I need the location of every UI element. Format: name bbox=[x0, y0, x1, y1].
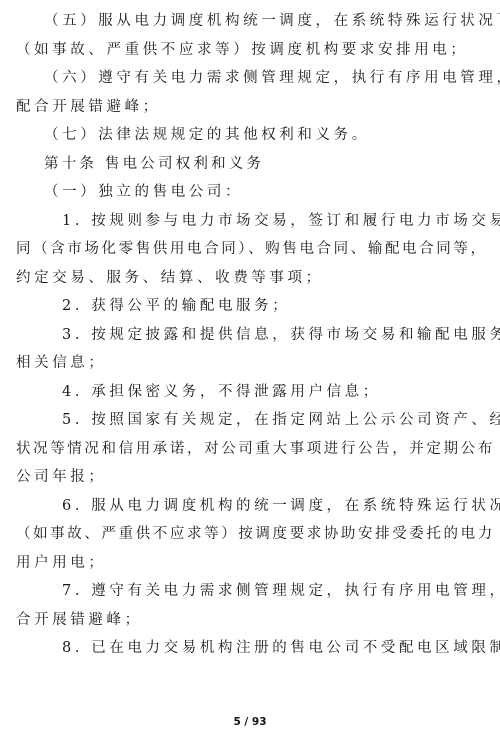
text-line: 配合开展错避峰； bbox=[16, 93, 468, 122]
text-line: 用户用电； bbox=[16, 549, 468, 578]
text-line: 约定交易、服务、结算、收费等事项； bbox=[16, 264, 468, 293]
text-line: （五）服从电力调度机构统一调度，在系统特殊运行状况下 bbox=[16, 7, 468, 36]
text-line: （七）法律法规规定的其他权利和义务。 bbox=[16, 121, 468, 150]
text-line: 8. 已在电力交易机构注册的售电公司不受配电区域限制， bbox=[16, 634, 468, 663]
text-line: 相关信息； bbox=[16, 349, 468, 378]
article-heading: 第十条 售电公司权利和义务 bbox=[16, 150, 468, 179]
text-line: 4. 承担保密义务，不得泄露用户信息； bbox=[16, 378, 468, 407]
text-line: 1. 按规则参与电力市场交易，签订和履行电力市场交易合 bbox=[16, 207, 468, 236]
section-heading: （一）独立的售电公司： bbox=[16, 178, 468, 207]
text-line: （六）遵守有关电力需求侧管理规定，执行有序用电管理， bbox=[16, 64, 468, 93]
text-line: 5. 按照国家有关规定，在指定网站上公示公司资产、经营 bbox=[16, 406, 468, 435]
page-number: 5 / 93 bbox=[0, 716, 500, 728]
text-line: 6. 服从电力调度机构的统一调度，在系统特殊运行状况下 bbox=[16, 492, 468, 521]
text-line: 2. 获得公平的输配电服务； bbox=[16, 292, 468, 321]
text-line: 同（含市场化零售供用电合同）、购售电合同、输配电合同等， bbox=[16, 235, 468, 264]
text-line: 7. 遵守有关电力需求侧管理规定，执行有序用电管理，配 bbox=[16, 577, 468, 606]
text-line: 3. 按规定披露和提供信息，获得市场交易和输配电服务等 bbox=[16, 321, 468, 350]
text-line: 合开展错避峰； bbox=[16, 606, 468, 635]
text-line: （如事故、严重供不应求等）按调度要求协助安排受委托的电力 bbox=[16, 520, 468, 549]
document-page: （五）服从电力调度机构统一调度，在系统特殊运行状况下 （如事故、严重供不应求等）… bbox=[16, 7, 468, 663]
text-line: 状况等情况和信用承诺，对公司重大事项进行公告，并定期公布 bbox=[16, 435, 468, 464]
text-line: 公司年报； bbox=[16, 463, 468, 492]
text-line: （如事故、严重供不应求等）按调度机构要求安排用电； bbox=[16, 36, 468, 65]
